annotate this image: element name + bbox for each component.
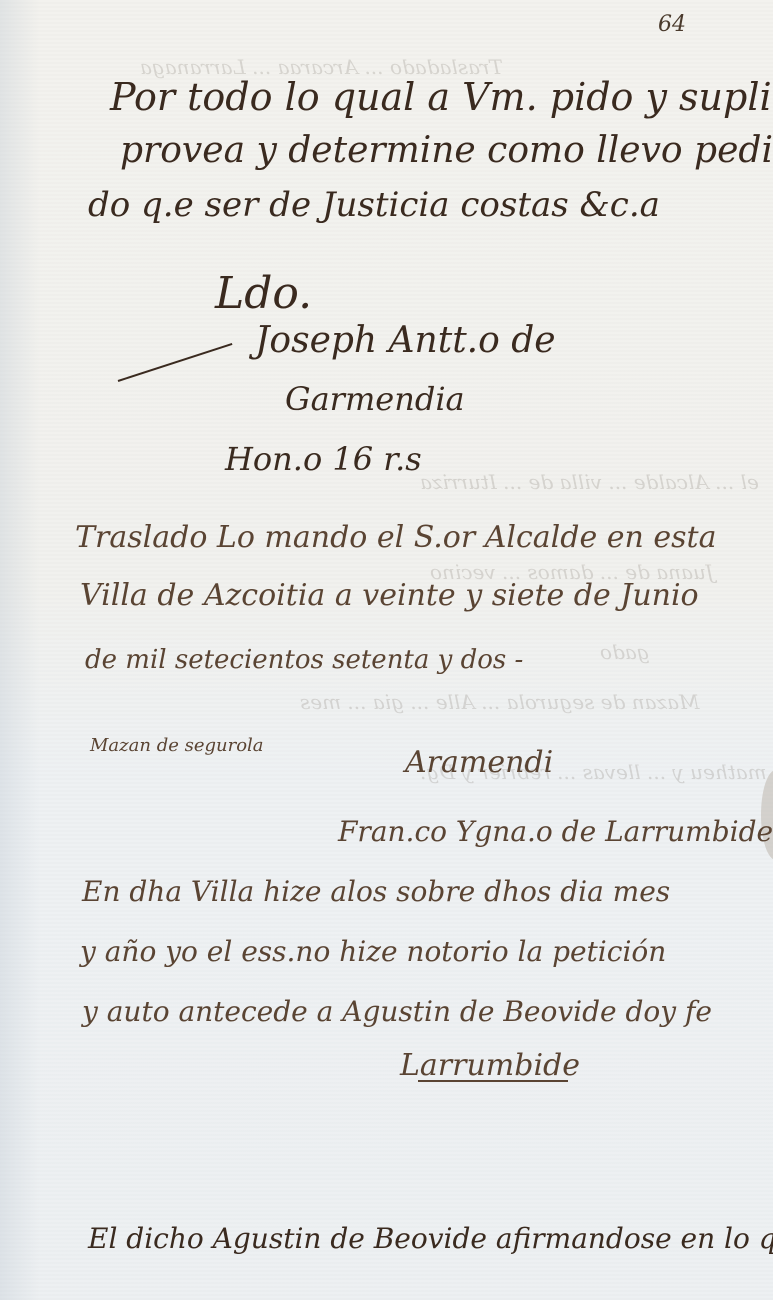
folio-number: 64 bbox=[658, 12, 686, 37]
decree-line-2: Villa de Azcoitia a veinte y siete de Ju… bbox=[80, 578, 699, 613]
notification-line-1: En dha Villa hize alos sobre dhos dia me… bbox=[82, 875, 670, 908]
signer-aramendi: Aramendi bbox=[405, 745, 553, 780]
margin-note: Mazan de segurola bbox=[90, 735, 264, 756]
petition-line-1: Por todo lo qual a Vm. pido y suplico bbox=[110, 75, 773, 119]
fee-note: Hon.o 16 r.s bbox=[225, 440, 422, 478]
notary-signature: Larrumbide bbox=[400, 1048, 580, 1083]
bleed-through-text: gado bbox=[600, 640, 650, 664]
notification-line-3: y auto antecede a Agustin de Beovide doy… bbox=[82, 995, 712, 1028]
bleed-through-text: el ... Alcalde ... villa de ... Iturriza bbox=[420, 470, 759, 494]
signature-flourish bbox=[118, 343, 233, 382]
petition-line-3: do q.e ser de Justicia costas &c.a bbox=[88, 185, 660, 225]
manuscript-page: Trasladado ... Arcaraa ... Larranaga el … bbox=[0, 0, 773, 1300]
signer-larrumbide: Fran.co Ygna.o de Larrumbide bbox=[338, 815, 773, 848]
signature-underline bbox=[418, 1080, 568, 1082]
lawyer-signature-line-1: Joseph Antt.o de bbox=[255, 320, 556, 361]
lawyer-title: Ldo. bbox=[215, 268, 312, 319]
decree-line-3: de mil setecientos setenta y dos - bbox=[85, 645, 523, 675]
lawyer-signature-line-2: Garmendia bbox=[285, 380, 465, 418]
petition-line-2: provea y determine como llevo pedi- bbox=[120, 130, 773, 171]
closing-line: El dicho Agustin de Beovide afirmandose … bbox=[88, 1222, 773, 1255]
decree-line-1: Traslado Lo mando el S.or Alcalde en est… bbox=[75, 520, 716, 555]
page-edge-shadow bbox=[0, 0, 40, 1300]
notification-line-2: y año yo el ess.no hize notorio la petic… bbox=[80, 935, 666, 968]
bleed-through-text: Mazan de segurola ... Alle ... gia ... m… bbox=[300, 690, 699, 714]
